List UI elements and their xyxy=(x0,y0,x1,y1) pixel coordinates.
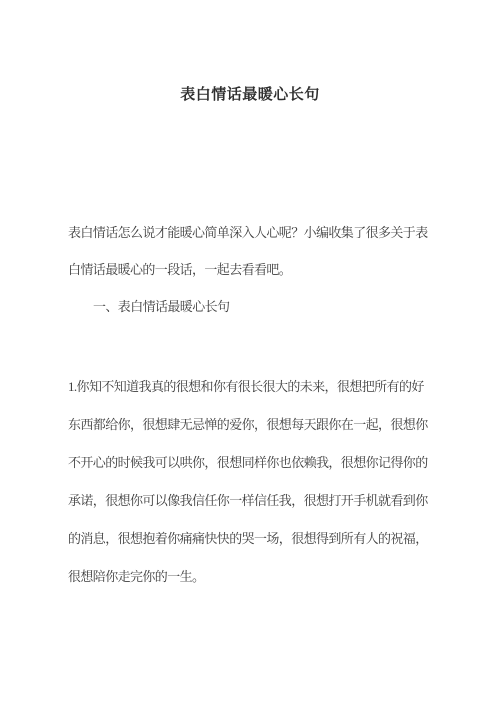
document-title: 表白情话最暖心长句 xyxy=(0,86,500,104)
body-line: 承诺，很想你可以像我信任你一样信任我，很想打开手机就看到你 xyxy=(68,482,450,520)
body-line: 的消息，很想抱着你痛痛快快的哭一场，很想得到所有人的祝福， xyxy=(68,520,450,558)
intro-line: 表白情话怎么说才能暖心简单深入人心呢？小编收集了很多关于表 xyxy=(68,214,450,251)
body-paragraph: 1.你知不知道我真的很想和你有很长很大的未来，很想把所有的好 东西都给你，很想肆… xyxy=(68,368,450,596)
document-page: 表白情话最暖心长句 表白情话怎么说才能暖心简单深入人心呢？小编收集了很多关于表 … xyxy=(0,0,500,708)
intro-paragraph: 表白情话怎么说才能暖心简单深入人心呢？小编收集了很多关于表 白情话最暖心的一段话… xyxy=(68,214,450,325)
intro-line: 白情话最暖心的一段话，一起去看看吧。 xyxy=(68,251,450,288)
body-line: 东西都给你，很想肆无忌惮的爱你，很想每天跟你在一起，很想你 xyxy=(68,406,450,444)
body-line: 1.你知不知道我真的很想和你有很长很大的未来，很想把所有的好 xyxy=(68,368,450,406)
body-line: 不开心的时候我可以哄你，很想同样你也依赖我，很想你记得你的 xyxy=(68,444,450,482)
body-line: 很想陪你走完你的一生。 xyxy=(68,558,450,596)
section-heading: 一、表白情话最暖心长句 xyxy=(68,288,450,325)
